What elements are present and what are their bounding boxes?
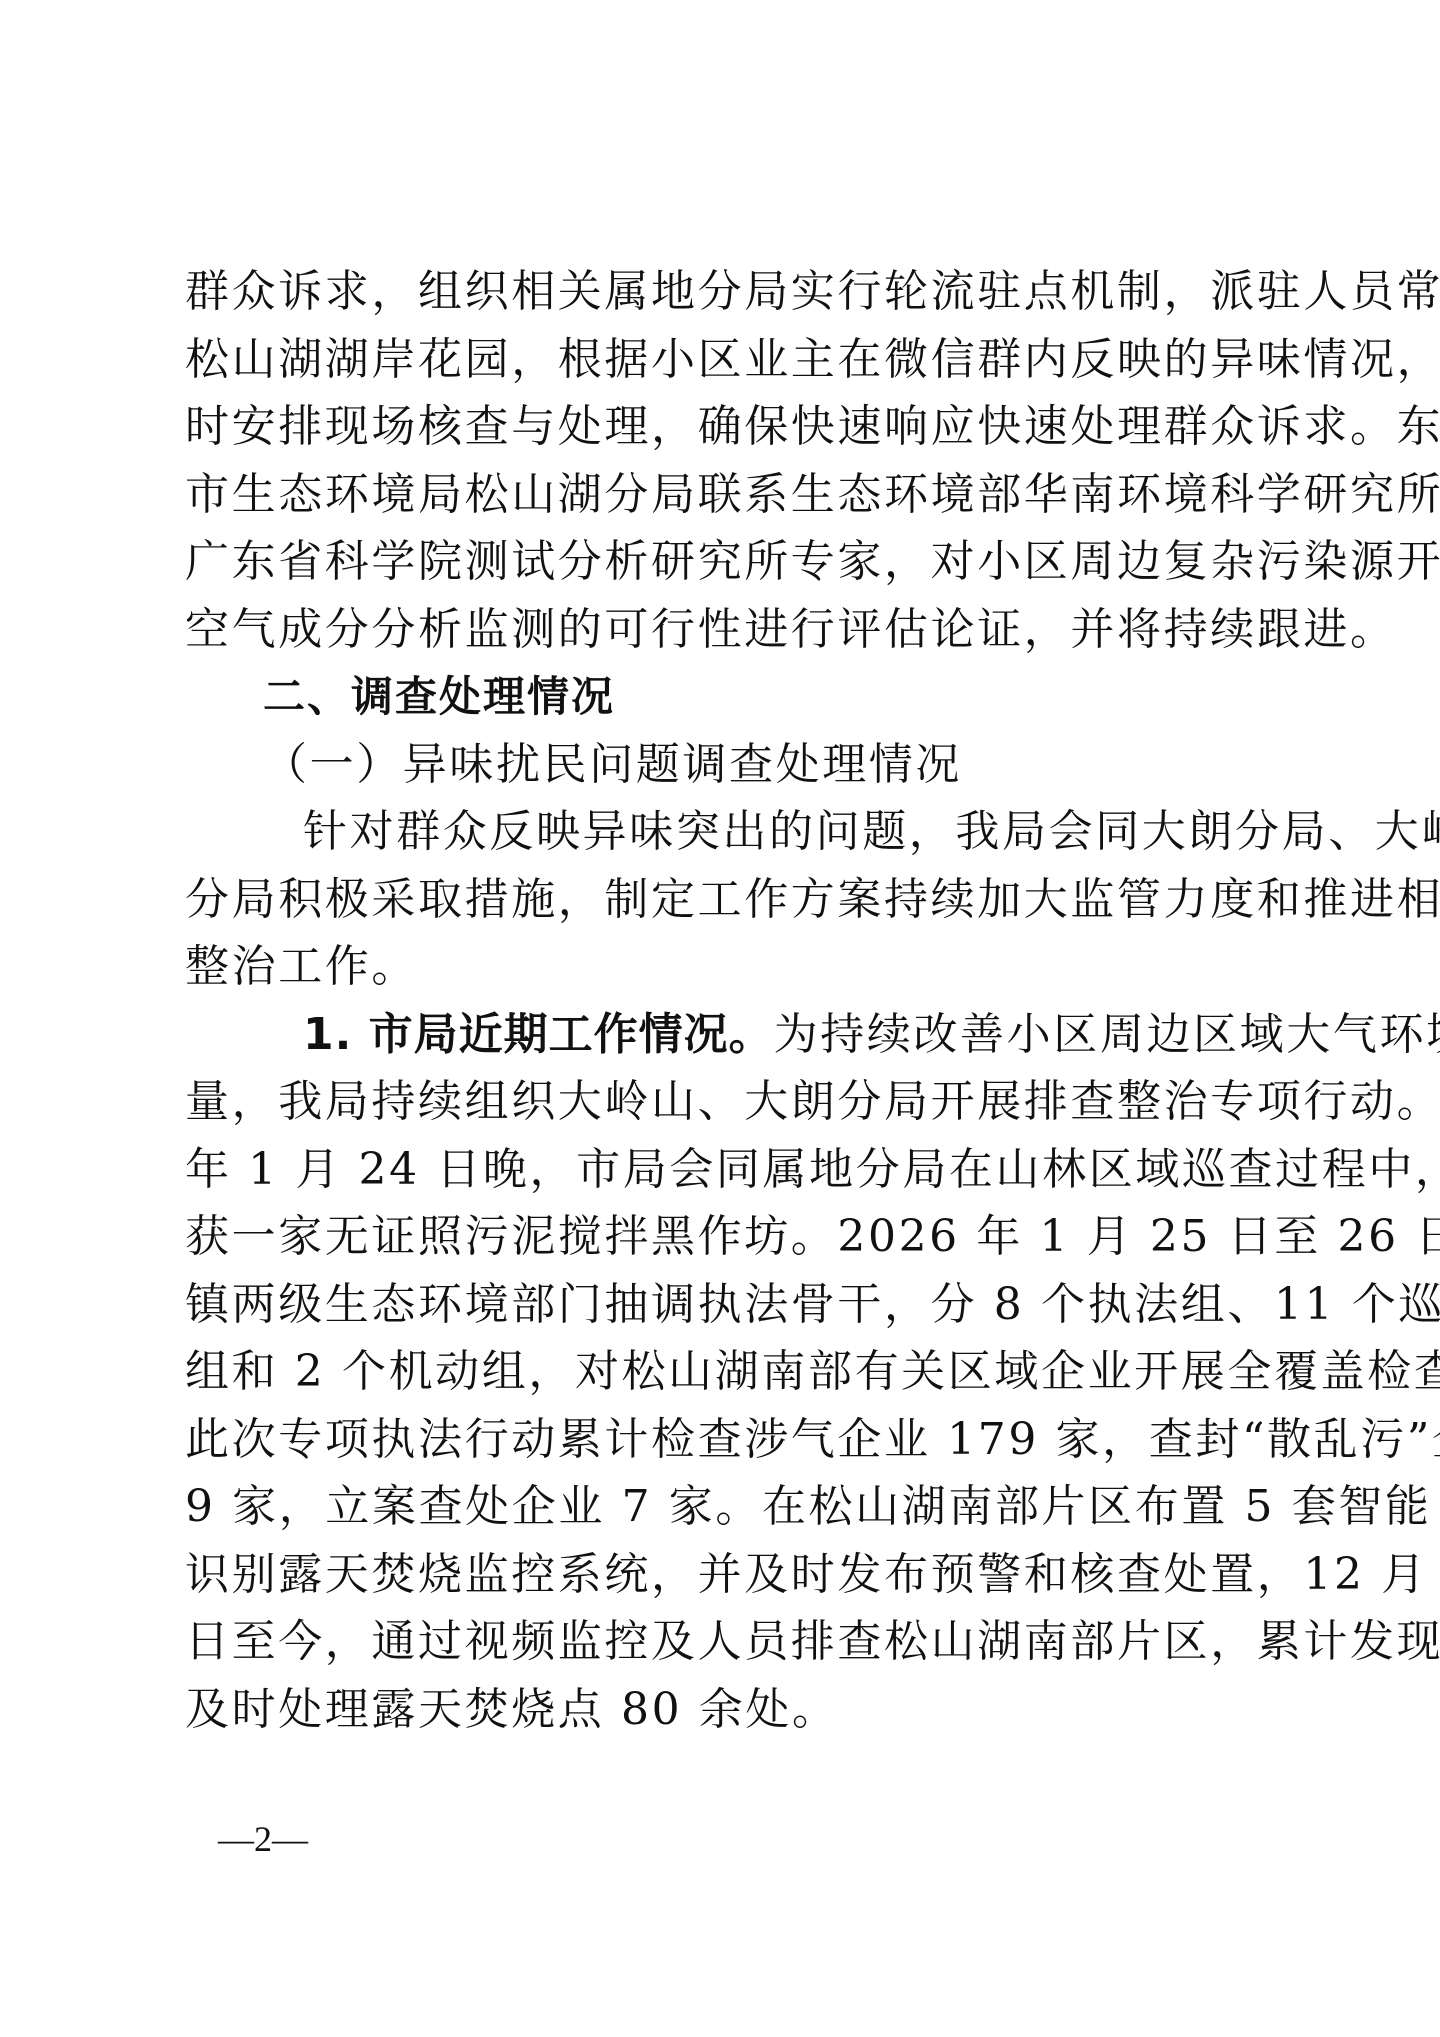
- item-lead-heading: 1. 市局近期工作情况。: [303, 1009, 774, 1060]
- subsection-heading: （一）异味扰民问题调查处理情况: [185, 731, 1257, 799]
- item-first-line-text: 为持续改善小区周边区域大气环境质: [774, 1009, 1440, 1060]
- text-line: 获一家无证照污泥搅拌黑作坊。2026 年 1 月 25 日至 26 日，市: [185, 1203, 1257, 1271]
- text-line: 时安排现场核查与处理，确保快速响应快速处理群众诉求。东莞: [185, 393, 1257, 461]
- text-line: 针对群众反映异味突出的问题，我局会同大朗分局、大岭山: [185, 798, 1257, 866]
- paragraph-continued: 群众诉求，组织相关属地分局实行轮流驻点机制，派驻人员常驻 松山湖湖岸花园，根据小…: [185, 258, 1257, 663]
- text-line: 广东省科学院测试分析研究所专家，对小区周边复杂污染源开展: [185, 528, 1257, 596]
- text-line: 识别露天焚烧监控系统，并及时发布预警和核查处置，12 月 5: [185, 1541, 1257, 1609]
- text-line: 松山湖湖岸花园，根据小区业主在微信群内反映的异味情况，及: [185, 326, 1257, 394]
- text-line: 市生态环境局松山湖分局联系生态环境部华南环境科学研究所、: [185, 461, 1257, 529]
- text-line: 年 1 月 24 日晚，市局会同属地分局在山林区域巡查过程中，查: [185, 1136, 1257, 1204]
- text-line: 整治工作。: [185, 933, 1257, 1001]
- text-line: 及时处理露天焚烧点 80 余处。: [185, 1676, 1257, 1744]
- text-line: 量，我局持续组织大岭山、大朗分局开展排查整治专项行动。2026: [185, 1068, 1257, 1136]
- text-line: 分局积极采取措施，制定工作方案持续加大监管力度和推进相关: [185, 866, 1257, 934]
- document-page: 群众诉求，组织相关属地分局实行轮流驻点机制，派驻人员常驻 松山湖湖岸花园，根据小…: [185, 258, 1257, 1743]
- text-line: 此次专项执法行动累计检查涉气企业 179 家，查封“散乱污”企业: [185, 1406, 1257, 1474]
- paragraph-intro: 针对群众反映异味突出的问题，我局会同大朗分局、大岭山 分局积极采取措施，制定工作…: [185, 798, 1257, 1001]
- text-line: 组和 2 个机动组，对松山湖南部有关区域企业开展全覆盖检查。: [185, 1338, 1257, 1406]
- text-line: 空气成分分析监测的可行性进行评估论证，并将持续跟进。: [185, 596, 1257, 664]
- paragraph-item-1: 1. 市局近期工作情况。为持续改善小区周边区域大气环境质 量，我局持续组织大岭山…: [185, 1001, 1257, 1744]
- section-heading: 二、调查处理情况: [185, 663, 1257, 731]
- page-number: —2—: [218, 1818, 308, 1860]
- text-line: 1. 市局近期工作情况。为持续改善小区周边区域大气环境质: [185, 1001, 1257, 1069]
- text-line: 9 家，立案查处企业 7 家。在松山湖南部片区布置 5 套智能 AI: [185, 1473, 1257, 1541]
- text-line: 镇两级生态环境部门抽调执法骨干，分 8 个执法组、11 个巡查: [185, 1271, 1257, 1339]
- text-line: 群众诉求，组织相关属地分局实行轮流驻点机制，派驻人员常驻: [185, 258, 1257, 326]
- text-line: 日至今，通过视频监控及人员排查松山湖南部片区，累计发现并: [185, 1608, 1257, 1676]
